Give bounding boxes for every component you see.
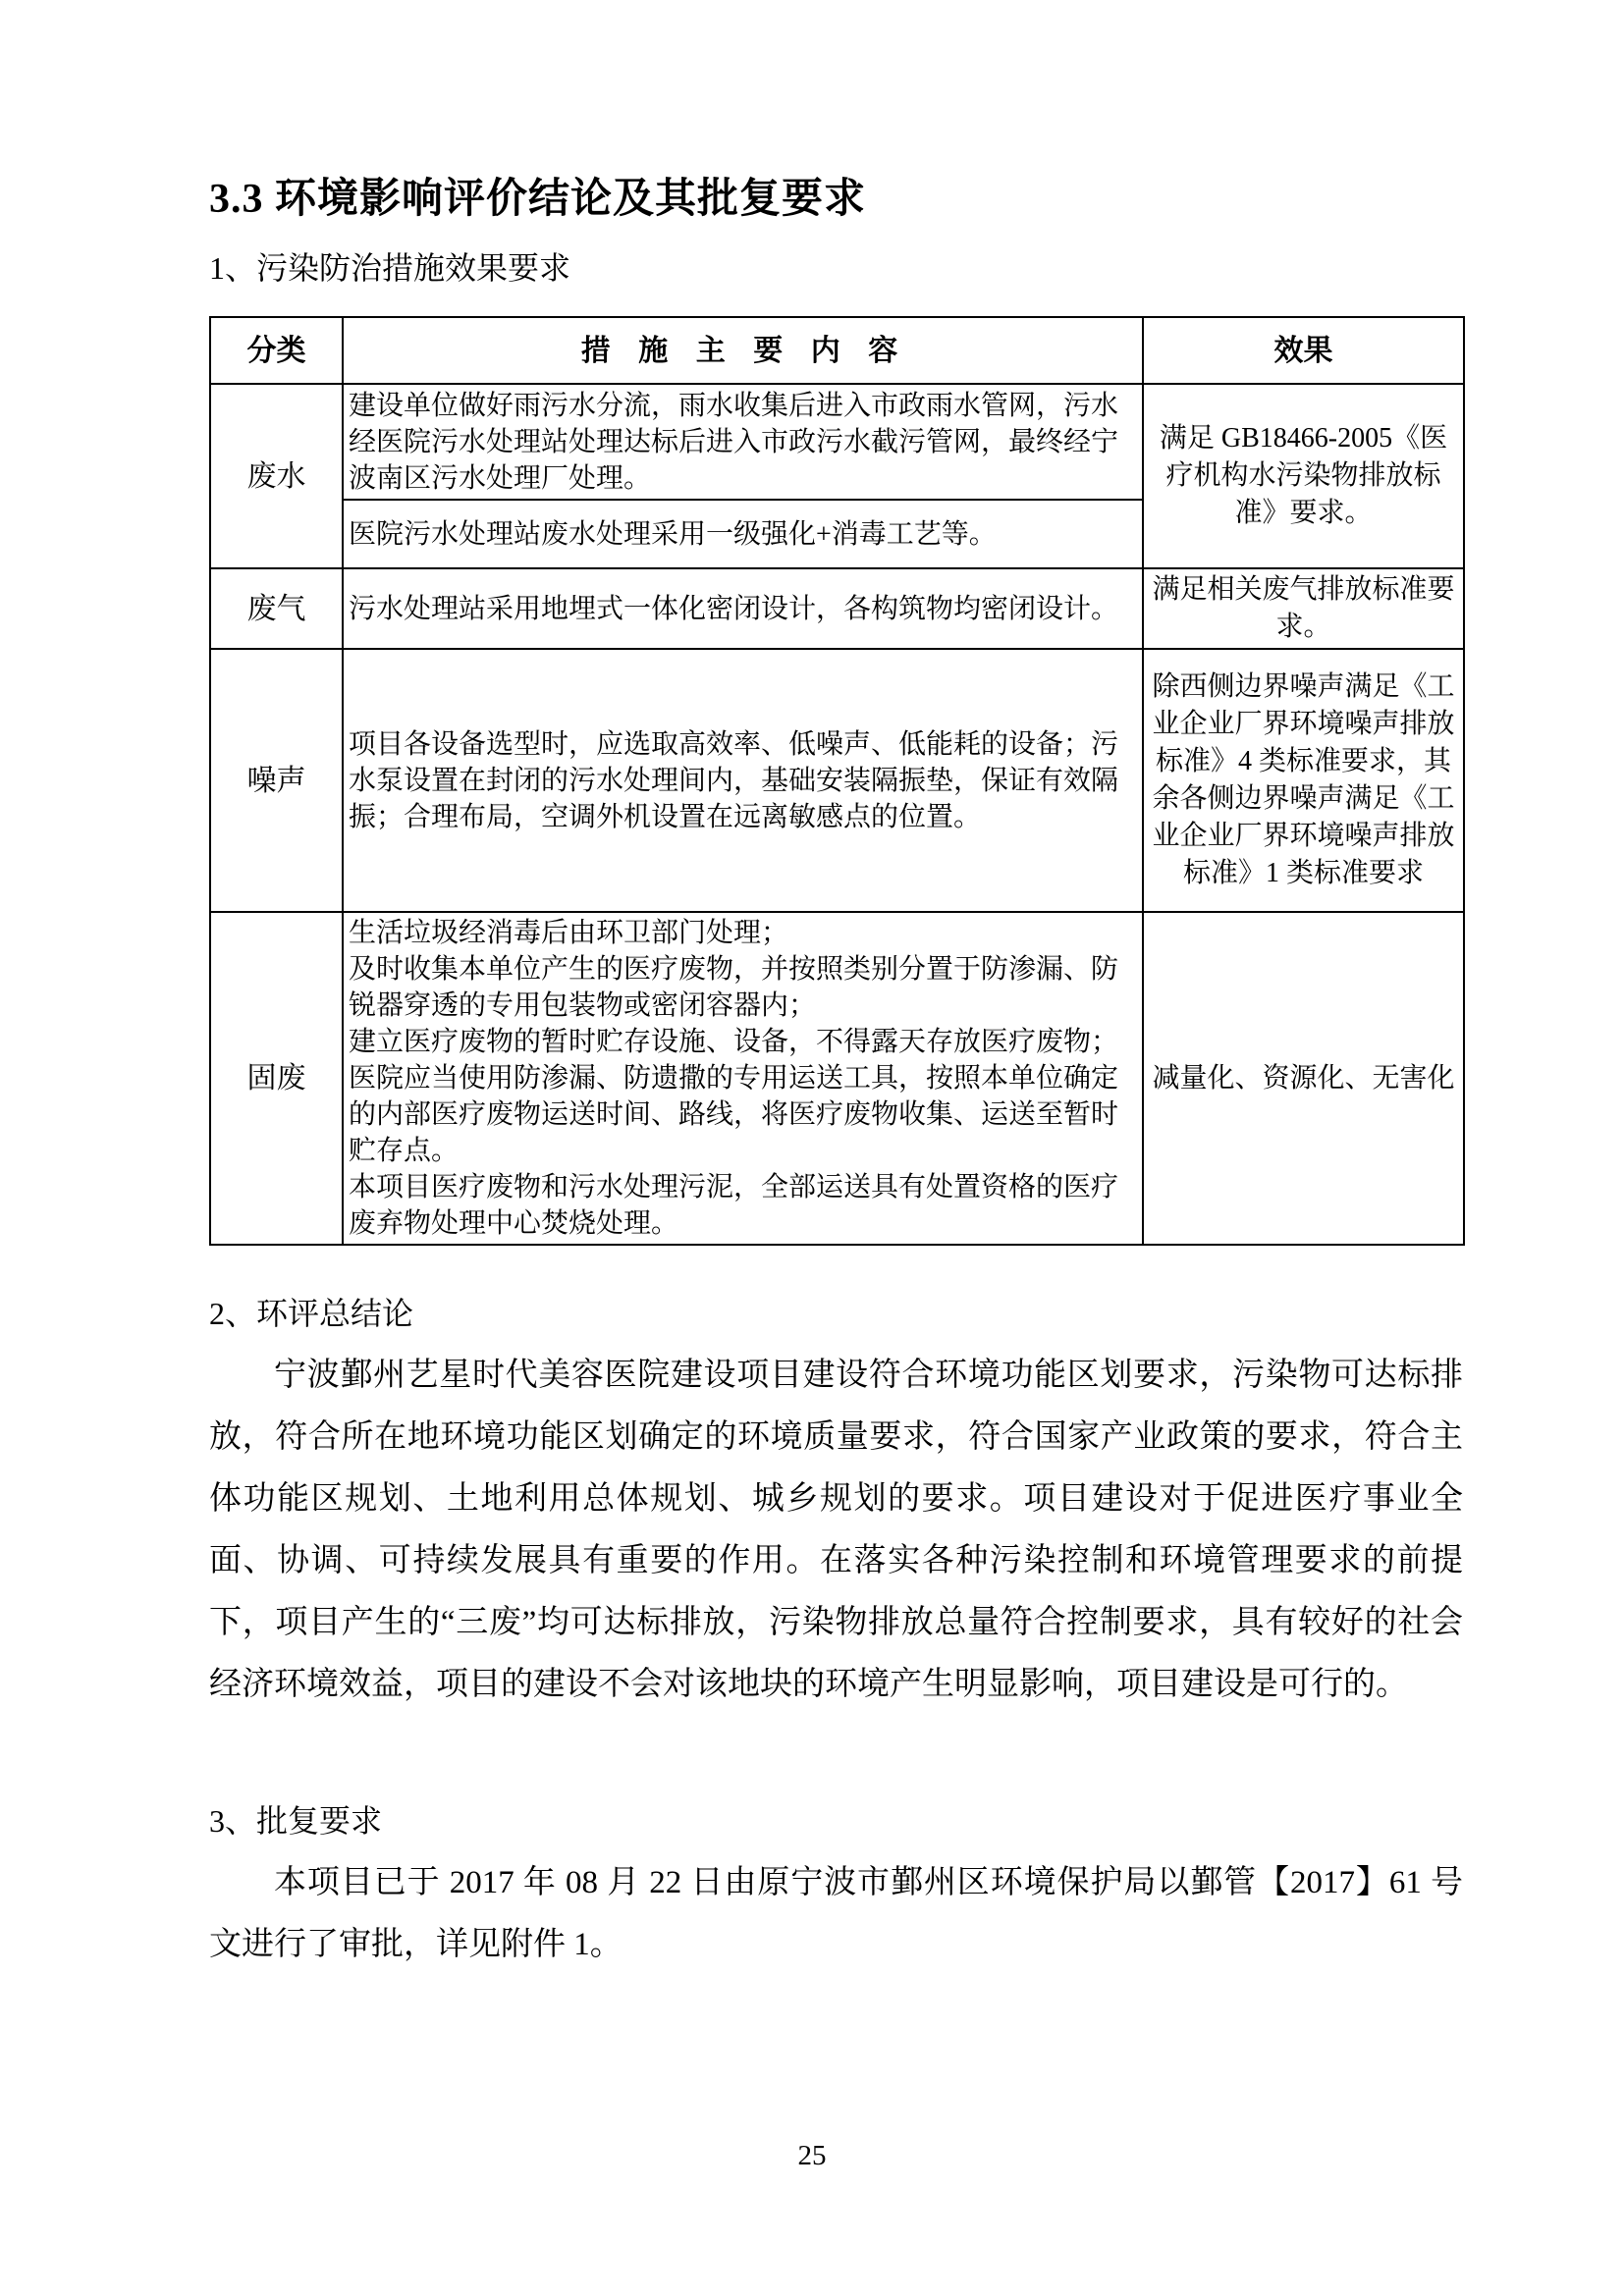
section-1-heading: 1、污染防治措施效果要求 — [209, 247, 570, 289]
solidwaste-measure-line: 及时收集本单位产生的医疗废物，并按照类别分置于防渗漏、防锐器穿透的专用包装物或密… — [349, 951, 1137, 1024]
column-header-measures: 措 施 主 要 内 容 — [343, 317, 1143, 384]
table-row-wastegas: 废气 污水处理站采用地埋式一体化密闭设计，各构筑物均密闭设计。 满足相关废气排放… — [210, 568, 1464, 649]
noise-measure: 项目各设备选型时，应选取高效率、低噪声、低能耗的设备；污水泵设置在封闭的污水处理… — [343, 649, 1143, 912]
table-row-solidwaste: 固废 生活垃圾经消毒后由环卫部门处理； 及时收集本单位产生的医疗废物，并按照类别… — [210, 912, 1464, 1245]
section-3-paragraph: 本项目已于 2017 年 08 月 22 日由原宁波市鄞州区环境保护局以鄞管【2… — [209, 1852, 1463, 1976]
table-row-wastewater-1: 废水 建设单位做好雨污水分流，雨水收集后进入市政雨水管网，污水经医院污水处理站处… — [210, 384, 1464, 500]
solidwaste-measure-line: 建立医疗废物的暂时贮存设施、设备，不得露天存放医疗废物； — [349, 1024, 1137, 1060]
solidwaste-effect: 减量化、资源化、无害化 — [1143, 912, 1464, 1245]
section-3-heading: 3、批复要求 — [209, 1790, 1463, 1852]
table-header-row: 分类 措 施 主 要 内 容 效果 — [210, 317, 1464, 384]
pollution-measures-table: 分类 措 施 主 要 内 容 效果 废水 建设单位做好雨污水分流，雨水收集后进入… — [209, 316, 1465, 1246]
noise-effect: 除西侧边界噪声满足《工业企业厂界环境噪声排放标准》4 类标准要求，其余各侧边界噪… — [1143, 649, 1464, 912]
category-wastewater: 废水 — [210, 384, 343, 568]
category-wastegas: 废气 — [210, 568, 343, 649]
section-3: 3、批复要求 本项目已于 2017 年 08 月 22 日由原宁波市鄞州区环境保… — [209, 1790, 1463, 1976]
table-row-noise: 噪声 项目各设备选型时，应选取高效率、低噪声、低能耗的设备；污水泵设置在封闭的污… — [210, 649, 1464, 912]
section-2-paragraph: 宁波鄞州艺星时代美容医院建设项目建设符合环境功能区划要求，污染物可达标排放，符合… — [209, 1345, 1463, 1716]
category-solidwaste: 固废 — [210, 912, 343, 1245]
section-2: 2、环评总结论 宁波鄞州艺星时代美容医院建设项目建设符合环境功能区划要求，污染物… — [209, 1283, 1463, 1716]
solidwaste-measures: 生活垃圾经消毒后由环卫部门处理； 及时收集本单位产生的医疗废物，并按照类别分置于… — [343, 912, 1143, 1245]
wastewater-effect: 满足 GB18466-2005《医疗机构水污染物排放标准》要求。 — [1143, 384, 1464, 568]
wastewater-measure-1: 建设单位做好雨污水分流，雨水收集后进入市政雨水管网，污水经医院污水处理站处理达标… — [343, 384, 1143, 500]
solidwaste-measure-line: 本项目医疗废物和污水处理污泥，全部运送具有处置资格的医疗废弃物处理中心焚烧处理。 — [349, 1169, 1137, 1242]
column-header-effect: 效果 — [1143, 317, 1464, 384]
column-header-category: 分类 — [210, 317, 343, 384]
category-noise: 噪声 — [210, 649, 343, 912]
page-number: 25 — [0, 2138, 1624, 2173]
wastewater-measure-2: 医院污水处理站废水处理采用一级强化+消毒工艺等。 — [343, 500, 1143, 568]
wastegas-measure: 污水处理站采用地埋式一体化密闭设计，各构筑物均密闭设计。 — [343, 568, 1143, 649]
wastegas-effect: 满足相关废气排放标准要求。 — [1143, 568, 1464, 649]
solidwaste-measure-line: 医院应当使用防渗漏、防遗撒的专用运送工具，按照本单位确定的内部医疗废物运送时间、… — [349, 1060, 1137, 1169]
page-title: 3.3 环境影响评价结论及其批复要求 — [209, 175, 1466, 224]
solidwaste-measure-line: 生活垃圾经消毒后由环卫部门处理； — [349, 915, 1137, 951]
section-2-heading: 2、环评总结论 — [209, 1283, 1463, 1345]
document-page: 3.3 环境影响评价结论及其批复要求 1、污染防治措施效果要求 分类 措 施 主… — [0, 0, 1624, 2296]
